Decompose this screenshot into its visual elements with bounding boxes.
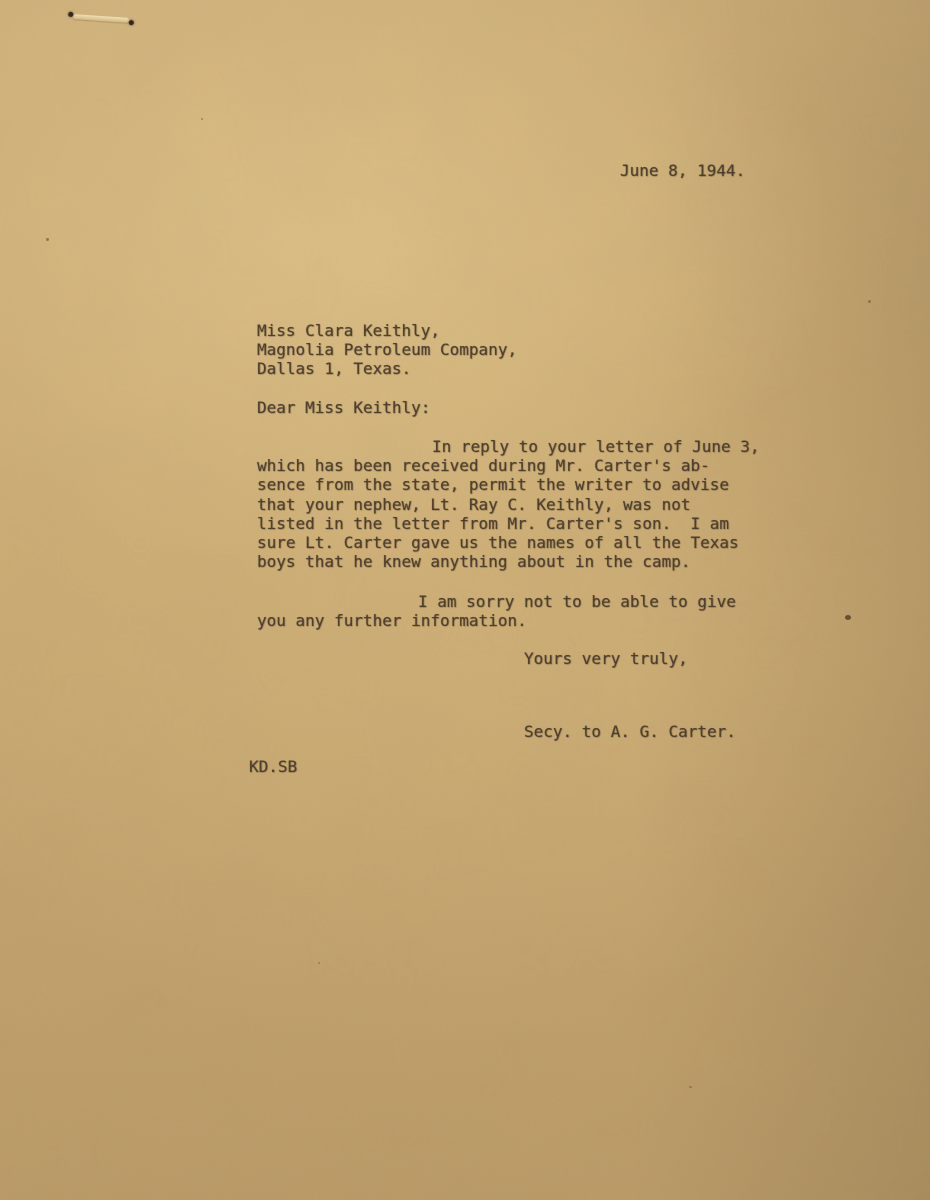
body-line: boys that he knew anything about in the … [257, 552, 760, 571]
body-line: listed in the letter from Mr. Carter's s… [257, 514, 760, 533]
salutation: Dear Miss Keithly: [257, 398, 430, 417]
body-line: that your nephew, Lt. Ray C. Keithly, wa… [257, 495, 760, 514]
recipient-name: Miss Clara Keithly, [257, 321, 517, 340]
body-line: which has been received during Mr. Carte… [257, 456, 760, 475]
body-line: sence from the state, permit the writer … [257, 475, 760, 494]
signature-line: Secy. to A. G. Carter. [524, 722, 736, 741]
body-line: In reply to your letter of June 3, [257, 437, 760, 456]
paper-speck [318, 962, 320, 964]
staple-scratch [73, 14, 129, 23]
body-line: sure Lt. Carter gave us the names of all… [257, 533, 760, 552]
initials-text: KD.SB [249, 757, 297, 776]
scanned-letter-page: June 8, 1944. Miss Clara Keithly, Magnol… [0, 0, 930, 1200]
paper-speck [845, 615, 851, 620]
closing: Yours very truly, [524, 649, 688, 668]
date-text: June 8, 1944. [620, 161, 745, 180]
signature-text: Secy. to A. G. Carter. [524, 722, 736, 741]
typist-initials: KD.SB [249, 757, 297, 776]
recipient-company: Magnolia Petroleum Company, [257, 340, 517, 359]
paper-speck [868, 300, 871, 303]
staple-hole-right [129, 20, 134, 25]
staple-mark [68, 10, 135, 29]
paper-speck [689, 1086, 692, 1088]
paper-speck [201, 118, 203, 120]
body-paragraph-1: In reply to your letter of June 3, which… [257, 437, 760, 571]
recipient-city: Dallas 1, Texas. [257, 359, 517, 378]
closing-text: Yours very truly, [524, 649, 688, 668]
body-line: I am sorry not to be able to give [257, 592, 736, 611]
paper-speck [46, 238, 49, 241]
body-line: you any further information. [257, 611, 736, 630]
letter-date: June 8, 1944. [620, 161, 745, 180]
recipient-address: Miss Clara Keithly, Magnolia Petroleum C… [257, 321, 517, 379]
body-paragraph-2: I am sorry not to be able to give you an… [257, 592, 736, 630]
salutation-text: Dear Miss Keithly: [257, 398, 430, 417]
